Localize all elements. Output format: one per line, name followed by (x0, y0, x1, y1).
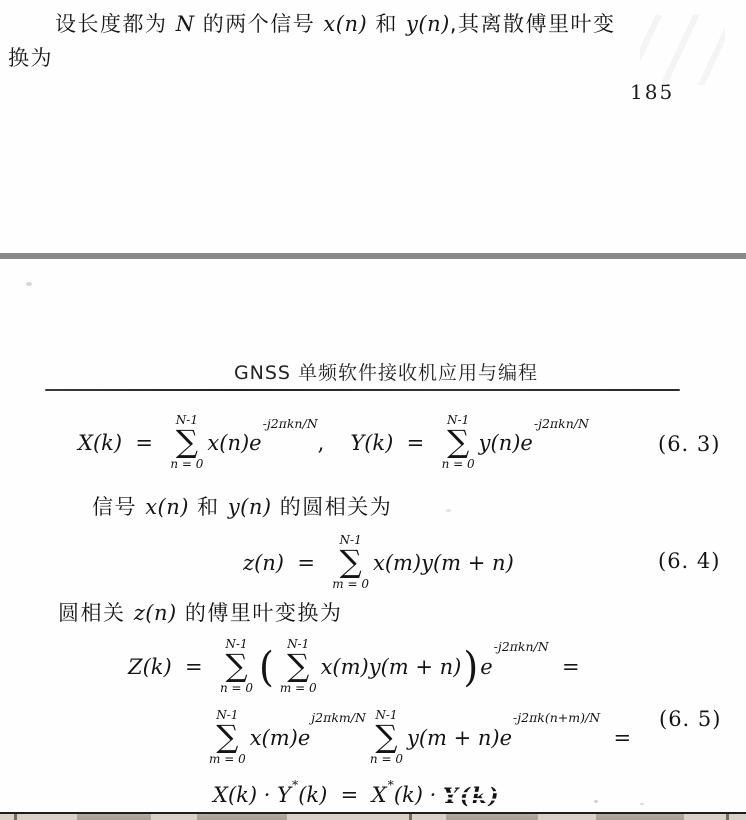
superscript-exponent: -j2πkn/N (263, 416, 318, 431)
superscript-exponent: -j2πk(n+m)/N (513, 710, 600, 725)
math-text-token: 和 (367, 12, 406, 36)
toolbar-cell[interactable] (412, 814, 446, 820)
toolbar-cell[interactable] (0, 814, 14, 820)
math-text-token: z(n) (134, 601, 177, 625)
math-text-token: x(m)e (250, 726, 311, 750)
summation-symbol: N-1∑m = 0 (209, 709, 246, 766)
math-text-token: Y(k) (350, 431, 393, 455)
superscript-exponent: j2πkm/N (311, 710, 366, 725)
sum-lower-limit: m = 0 (332, 578, 369, 592)
math-text-token: (k) (298, 783, 327, 807)
math-text-token: , (318, 431, 325, 455)
equation-6-5-line-3: X(k) · Y*(k) = X*(k) · Y(k) (213, 779, 500, 811)
equation-6-3: X(k) = N-1∑n = 0x(n)e-j2πkn/N,Y(k) = N-1… (78, 408, 589, 478)
equation-6-5-line-1: Z(k) = N-1∑n = 0(N-1∑m = 0x(m)y(m + n))e… (128, 631, 593, 703)
scan-smudge-artifact (640, 15, 725, 85)
math-text-token: e (480, 655, 492, 679)
toolbar-cell[interactable] (446, 814, 538, 820)
sum-lower-limit: m = 0 (209, 753, 246, 767)
page-divider-band (0, 253, 746, 259)
math-text-token: ) (463, 646, 478, 687)
scan-speck (446, 509, 451, 512)
toolbar-cell[interactable] (729, 814, 746, 820)
math-text-token: X(k) · Y (213, 783, 291, 807)
math-text-token: x(n) (145, 495, 189, 519)
header-rule (45, 389, 680, 391)
scan-speck (640, 803, 644, 805)
scanned-book-page-view: 设长度都为 N 的两个信号 x(n) 和 y(n),其离散傅里叶变 换为 185… (0, 0, 746, 820)
math-text-token: 设长度都为 (55, 12, 176, 36)
math-text-token: = (327, 783, 371, 807)
math-text-token: Z(k) (128, 655, 172, 679)
math-text-token: = (284, 551, 328, 575)
bottom-toolbar-sliver (0, 812, 746, 820)
math-text-token: 和 (189, 495, 228, 519)
sigma-glyph: ∑ (225, 652, 247, 681)
toolbar-cell[interactable] (77, 814, 151, 820)
summation-symbol: N-1∑n = 0 (442, 414, 475, 471)
sigma-glyph: ∑ (447, 428, 469, 457)
sum-lower-limit: n = 0 (370, 753, 403, 767)
math-text-token: 的两个信号 (195, 12, 324, 36)
math-text-token: = (122, 431, 166, 455)
sigma-glyph: ∑ (216, 723, 238, 752)
garbled-print-token: Y(k) (443, 783, 500, 808)
paragraph-line-1: 设长度都为 N 的两个信号 x(n) 和 y(n),其离散傅里叶变 (55, 8, 616, 38)
sigma-glyph: ∑ (287, 652, 309, 681)
sum-lower-limit: m = 0 (280, 682, 317, 696)
math-text-token: x(n) (323, 12, 367, 36)
math-text-token: = (393, 431, 437, 455)
sum-lower-limit: n = 0 (220, 682, 253, 696)
math-text-token: x(m)y(m + n) (373, 551, 514, 575)
superscript-exponent: * (388, 777, 394, 792)
math-text-token: = (549, 655, 593, 679)
math-text-token: N (176, 12, 195, 36)
fourier-transform-intro-line: 圆相关 z(n) 的傅里叶变换为 (58, 597, 342, 627)
equation-6-5-line-2: N-1∑m = 0x(m)ej2πkm/NN-1∑n = 0y(m + n)e-… (205, 702, 644, 774)
math-text-token: ( (259, 646, 274, 687)
sum-lower-limit: n = 0 (442, 458, 475, 472)
math-text-token: 信号 (92, 495, 145, 519)
paragraph-line-2: 换为 (8, 42, 53, 72)
scan-speck (26, 282, 32, 286)
superscript-exponent: * (292, 777, 298, 792)
math-text-token: ,其离散傅里叶变 (450, 12, 616, 36)
math-text-token: y(m + n)e (407, 726, 512, 750)
sigma-glyph: ∑ (176, 428, 198, 457)
equation-number-6-4: (6. 4) (658, 549, 720, 573)
math-text-token: X (372, 783, 387, 807)
circular-correlation-intro-line: 信号 x(n) 和 y(n) 的圆相关为 (92, 491, 392, 521)
math-text-token: y(n)e (479, 431, 533, 455)
sigma-glyph: ∑ (340, 548, 362, 577)
toolbar-cell[interactable] (197, 814, 287, 820)
summation-symbol: N-1∑n = 0 (370, 709, 403, 766)
math-text-token: y(n) (406, 12, 450, 36)
math-text-token: 圆相关 (58, 601, 134, 625)
toolbar-cell[interactable] (596, 814, 684, 820)
summation-symbol: N-1∑m = 0 (280, 638, 317, 695)
math-text-token: z(n) (243, 551, 284, 575)
math-text-token: (k) · (394, 783, 443, 807)
sigma-glyph: ∑ (375, 723, 397, 752)
equation-number-6-5: (6. 5) (659, 707, 721, 731)
toolbar-cell[interactable] (538, 814, 596, 820)
math-text-token: x(m)y(m + n) (321, 655, 462, 679)
math-text-token: x(n)e (207, 431, 261, 455)
equation-number-6-3: (6. 3) (658, 432, 720, 456)
running-header-title: GNSS 单频软件接收机应用与编程 (13, 358, 746, 385)
toolbar-cell[interactable] (684, 814, 726, 820)
math-text-token: X(k) (78, 431, 122, 455)
toolbar-cell[interactable] (151, 814, 197, 820)
summation-symbol: N-1∑m = 0 (332, 534, 369, 591)
math-text-token: y(n) (228, 495, 272, 519)
math-text-token: = (600, 726, 644, 750)
summation-symbol: N-1∑n = 0 (170, 414, 203, 471)
superscript-exponent: -j2πkn/N (494, 639, 549, 654)
toolbar-cell[interactable] (287, 814, 409, 820)
math-text-token: = (172, 655, 216, 679)
summation-symbol: N-1∑n = 0 (220, 638, 253, 695)
equation-6-4: z(n) = N-1∑m = 0x(m)y(m + n) (243, 528, 514, 598)
superscript-exponent: -j2πkn/N (534, 416, 589, 431)
sum-lower-limit: n = 0 (170, 458, 203, 472)
math-text-token: 的圆相关为 (272, 495, 393, 519)
math-text-token: 的傅里叶变换为 (177, 601, 343, 625)
toolbar-cell[interactable] (17, 814, 77, 820)
scan-speck (594, 800, 598, 803)
